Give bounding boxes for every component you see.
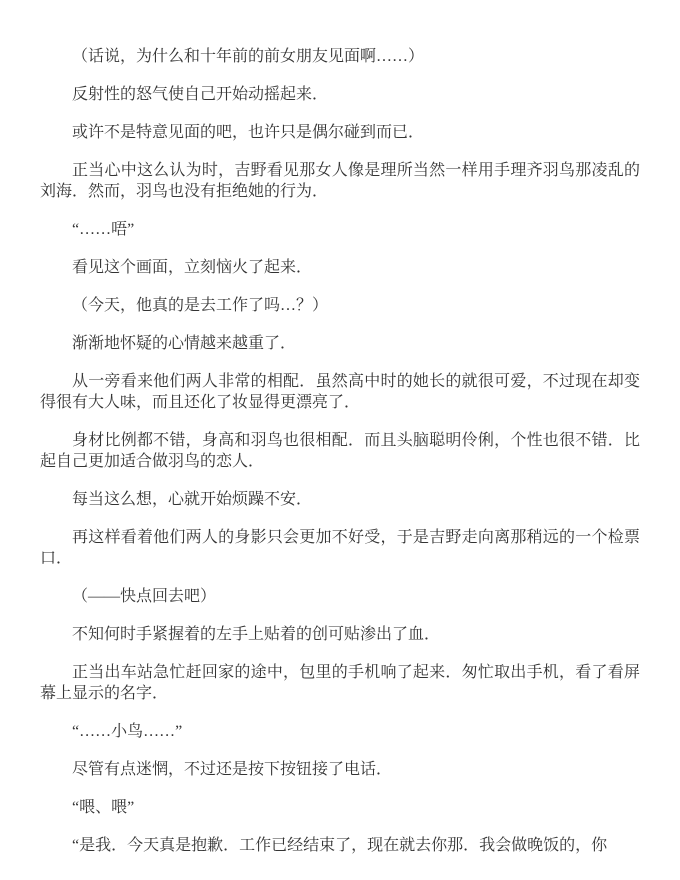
paragraph: 每当这么想，心就开始烦躁不安． xyxy=(40,489,640,510)
paragraph: 不知何时手紧握着的左手上贴着的创可贴渗出了血． xyxy=(40,624,640,645)
paragraph: 再这样看着他们两人的身影只会更加不好受，于是吉野走向离那稍远的一个检票口． xyxy=(40,527,640,569)
paragraph: 从一旁看来他们两人非常的相配．虽然高中时的她长的就很可爱，不过现在却变得很有大人… xyxy=(40,371,640,413)
paragraph: 渐渐地怀疑的心情越来越重了． xyxy=(40,333,640,354)
paragraph: “……唔” xyxy=(40,219,640,240)
paragraph: 尽管有点迷惘，不过还是按下按钮接了电话． xyxy=(40,759,640,780)
paragraph: （话说，为什么和十年前的前女朋友见面啊……） xyxy=(40,46,640,67)
paragraph: 反射性的怒气使自己开始动摇起来． xyxy=(40,84,640,105)
paragraph: （今天，他真的是去工作了吗…？） xyxy=(40,295,640,316)
paragraph: （——快点回去吧） xyxy=(40,586,640,607)
paragraph: “……小鸟……” xyxy=(40,721,640,742)
paragraph: 正当出车站急忙赶回家的途中，包里的手机响了起来．匆忙取出手机，看了看屏幕上显示的… xyxy=(40,662,640,704)
paragraph: 正当心中这么认为时，吉野看见那女人像是理所当然一样用手理齐羽鸟那凌乱的刘海．然而… xyxy=(40,160,640,202)
paragraph: 看见这个画面，立刻恼火了起来． xyxy=(40,257,640,278)
paragraph: “喂、喂” xyxy=(40,797,640,818)
paragraph: “是我．今天真是抱歉．工作已经结束了，现在就去你那．我会做晚饭的，你 xyxy=(40,835,640,856)
paragraph: 身材比例都不错，身高和羽鸟也很相配．而且头脑聪明伶俐，个性也很不错．比起自己更加… xyxy=(40,430,640,472)
paragraph: 或许不是特意见面的吧，也许只是偶尔碰到而已． xyxy=(40,122,640,143)
text-body: （话说，为什么和十年前的前女朋友见面啊……）反射性的怒气使自己开始动摇起来．或许… xyxy=(40,46,640,856)
document-page: （话说，为什么和十年前的前女朋友见面啊……）反射性的怒气使自己开始动摇起来．或许… xyxy=(0,0,680,880)
